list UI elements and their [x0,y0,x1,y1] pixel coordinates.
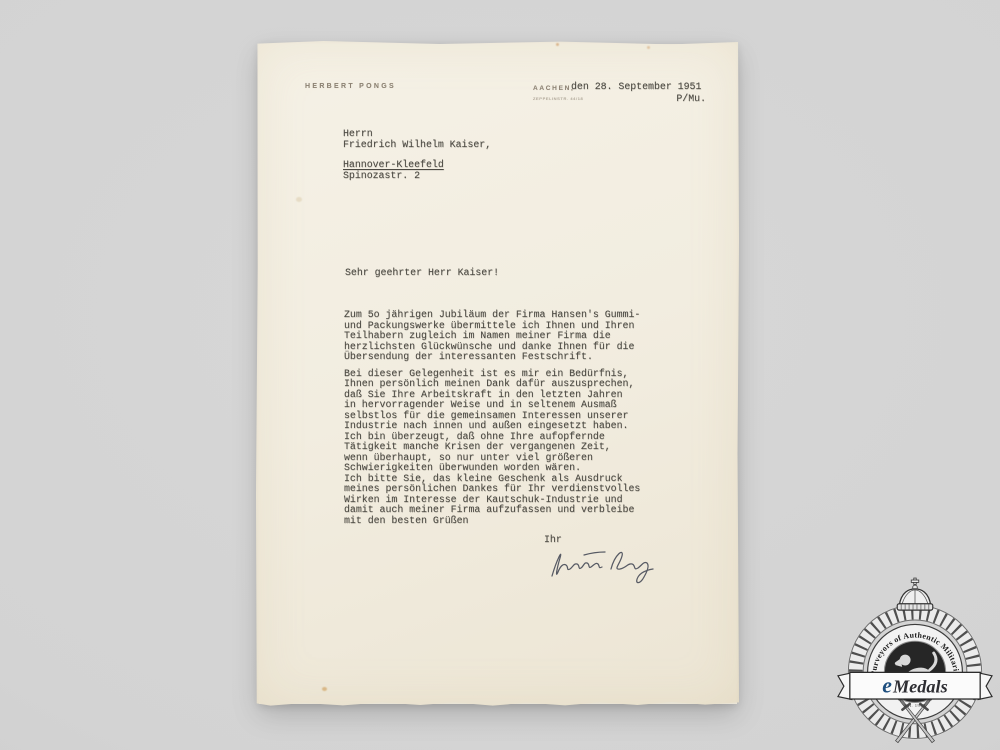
paper-stain [647,46,650,49]
body-paragraph-1: Zum 5o jährigen Jubiläum der Firma Hanse… [344,310,640,363]
recipient-name: Friedrich Wilhelm Kaiser, [343,140,491,151]
letterhead-street: ZEPPELINSTR. 44/18 [533,96,583,101]
recipient-city: Hannover-Kleefeld [343,160,444,171]
recipient-title: Herrn [343,129,373,140]
emedals-watermark-logo: Purveyors of Authentic Militaria [836,577,994,745]
crown-icon [897,578,933,610]
salutation: Sehr geehrter Herr Kaiser! [345,268,499,279]
body-paragraph-3: Ich bitte Sie, das kleine Geschenk als A… [344,474,640,527]
handwritten-signature [547,540,665,590]
body-paragraph-2: Bei dieser Gelegenheit ist es mir ein Be… [344,369,634,474]
brand-name-text: Medals [892,677,948,697]
typist-reference: P/Mu. [646,94,706,105]
paper-stain [322,687,327,691]
letter-document: HERBERT PONGS AACHEN, ZEPPELINSTR. 44/18… [256,41,739,707]
brand-letter-e: e [882,674,892,698]
paper-stain [296,197,302,202]
brand-banner: eMedals [838,672,992,699]
typed-date: den 28. September 1951 [571,82,701,93]
established-text: Est. 1997 [904,703,926,708]
paper-stain [556,43,559,46]
letterhead-city: AACHEN, [533,85,575,92]
recipient-street: Spinozastr. 2 [343,171,420,182]
letterhead-sender-name: HERBERT PONGS [305,83,396,90]
brand-wordmark: eMedals [882,674,947,698]
